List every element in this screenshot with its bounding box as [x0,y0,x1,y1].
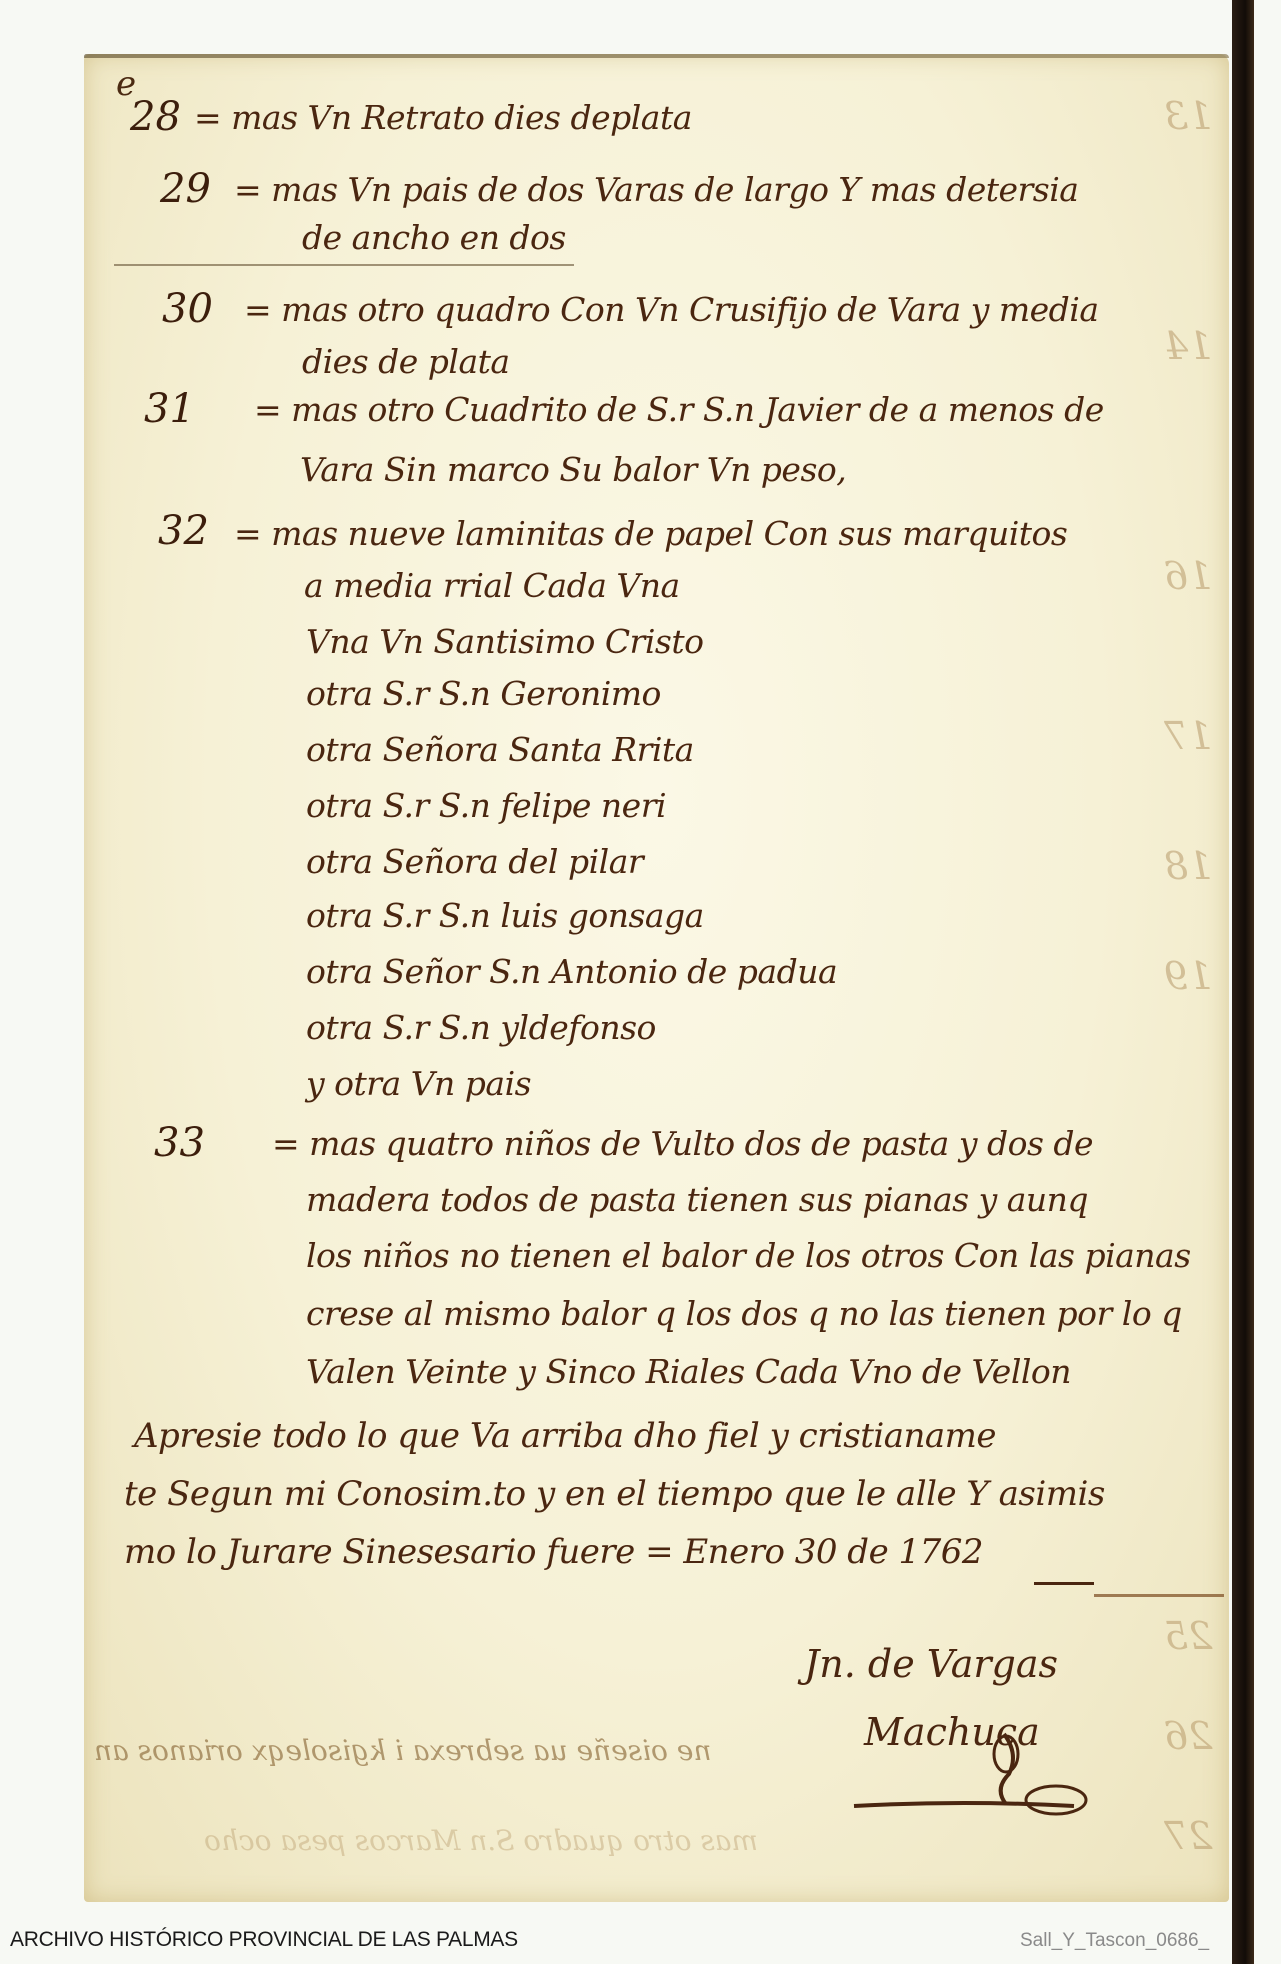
signature-name: Jn. de Vargas [804,1642,1058,1686]
bleed-through-number: 13 [1164,94,1212,138]
entry-line: Vara Sin marco Su balor Vn peso, [300,450,846,489]
bleed-through-number: 19 [1164,954,1212,998]
entry-number: 28 [130,94,181,140]
date-underline [1034,1582,1094,1585]
archive-name: ARCHIVO HISTÓRICO PROVINCIAL DE LAS PALM… [10,1928,518,1952]
entry-line: Vna Vn Santisimo Cristo [306,622,703,661]
entry-line: Valen Veinte y Sinco Riales Cada Vno de … [306,1352,1071,1391]
entry-line: otra S.r S.n luis gonsaga [306,896,704,935]
bleed-through-number: 27 [1164,1814,1212,1858]
entry-line: otra Señora Santa Rrita [306,730,694,769]
entry-line: otra Señor S.n Antonio de padua [306,952,837,991]
closing-line: mo lo Jurare Sinesesario fuere = Enero 3… [124,1532,983,1572]
separator-line [1094,1594,1224,1597]
entry-number: 33 [154,1120,205,1166]
separator-line [114,264,574,266]
entry-line: madera todos de pasta tienen sus pianas … [306,1180,1088,1219]
bleed-through-number: 26 [1164,1714,1212,1758]
entry-line: otra S.r S.n felipe neri [306,786,666,825]
entry-line: = mas nueve laminitas de papel Con sus m… [234,514,1067,553]
entry-line: = mas Vn pais de dos Varas de largo Y ma… [234,170,1078,209]
entry-line: = mas quatro niños de Vulto dos de pasta… [272,1124,1093,1163]
bleed-through-number: 18 [1164,844,1212,888]
bleed-through-number: 16 [1164,554,1212,598]
closing-line: te Segun mi Conosim.to y en el tiempo qu… [124,1474,1105,1514]
entry-number: 29 [160,166,211,212]
bleed-through-number: 25 [1164,1614,1212,1658]
entry-line: de ancho en dos [302,218,566,257]
entry-number: 30 [162,286,213,332]
signature-flourish [844,1714,1094,1824]
bleed-through-text: ne oiseñe ua sebrexa i kgisoleqx orianos… [94,1734,711,1767]
entry-line: y otra Vn pais [306,1064,531,1103]
entry-line: otra Señora del pilar [306,842,643,881]
image-reference: Sall_Y_Tascon_0686_ [1020,1930,1209,1952]
entry-line: otra S.r S.n Geronimo [306,674,661,713]
entry-line: = mas otro quadro Con Vn Crusifijo de Va… [244,290,1099,329]
entry-line: = mas Vn Retrato dies deplata [194,98,692,137]
bleed-through-number: 17 [1164,714,1212,758]
entry-line: los niños no tienen el balor de los otro… [306,1236,1191,1275]
entry-line: dies de plata [302,342,510,381]
entry-line: a media rrial Cada Vna [304,566,680,605]
bleed-through-number: 14 [1164,324,1212,368]
closing-line: Apresie todo lo que Va arriba dho fiel y… [134,1416,996,1456]
entry-line: crese al mismo balor q los dos q no las … [306,1294,1182,1333]
page-edge [84,54,1229,58]
manuscript-page: e 13 14 16 17 18 19 25 26 27 28 = mas Vn… [84,54,1229,1902]
book-binding [1232,0,1254,1964]
entry-line: otra S.r S.n yldefonso [306,1008,656,1047]
entry-number: 32 [158,508,209,554]
entry-line: = mas otro Cuadrito de S.r S.n Javier de… [254,390,1104,429]
bleed-through-text: mas otro quadro S.n Marcos pesa ocho [204,1824,758,1857]
entry-number: 31 [144,386,195,432]
